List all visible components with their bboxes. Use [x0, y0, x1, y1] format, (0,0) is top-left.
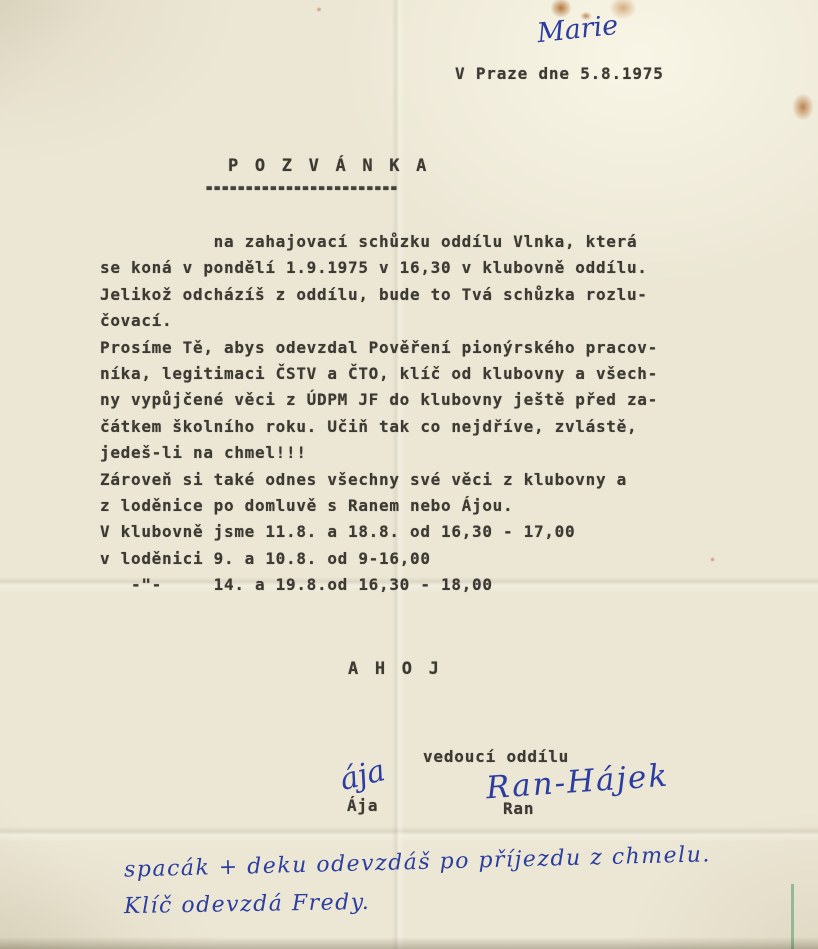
- page-bottom-shadow: [0, 937, 818, 949]
- closing-greeting: A H O J: [348, 659, 442, 679]
- body-line: -"- 14. a 19.8.od 16,30 - 18,00: [100, 572, 658, 598]
- body-line: čovací.: [100, 308, 658, 334]
- body-line: Jelikož odcházíš z oddílu, bude to Tvá s…: [100, 282, 658, 308]
- handwritten-recipient-name: Marie: [536, 10, 620, 49]
- body-line: jedeš-li na chmel!!!: [100, 440, 658, 466]
- body-line: Zároveň si také odnes všechny své věci z…: [100, 467, 658, 493]
- body-line: níka, legitimaci ČSTV a ČTO, klíč od klu…: [100, 361, 658, 387]
- letter-body: na zahajovací schůzku oddílu Vlnka, kter…: [100, 229, 658, 599]
- body-line: Prosíme Tě, abys odevzdal Pověření pioný…: [100, 335, 658, 361]
- body-line: se koná v pondělí 1.9.1975 v 16,30 v klu…: [100, 255, 658, 281]
- letter-page: Marie V Praze dne 5.8.1975 P O Z V Á N K…: [0, 0, 818, 949]
- signature-ran-typed: Ran: [503, 799, 534, 818]
- body-line: V klubovně jsme 11.8. a 18.8. od 16,30 -…: [100, 519, 658, 545]
- scan-edge-artifact: [791, 884, 794, 949]
- rust-stain: [788, 88, 818, 126]
- bottom-note-line: spacák + deku odevzdáš po příjezdu z chm…: [124, 842, 711, 882]
- body-line: z loděnice po domluvě s Ranem nebo Ájou.: [100, 493, 658, 519]
- signature-aja-typed: Ája: [347, 796, 378, 815]
- body-line: v loděnici 9. a 10.8. od 9-16,00: [100, 546, 658, 572]
- body-line: na zahajovací schůzku oddílu Vlnka, kter…: [100, 229, 658, 255]
- dateline: V Praze dne 5.8.1975: [455, 64, 664, 83]
- bottom-note-line: Klíč odevzdá Fredy.: [124, 890, 371, 919]
- rust-stain: [315, 6, 323, 13]
- signature-aja-handwritten: ája: [336, 753, 388, 798]
- body-line: ny vypůjčené věci z ÚDPM JF do klubovny …: [100, 387, 658, 413]
- signature-role: vedoucí oddílu: [423, 747, 569, 766]
- title-underline: ------------------------: [204, 173, 397, 203]
- ink-spot: [709, 556, 716, 563]
- body-line: čátkem školního roku. Učiň tak co nejdří…: [100, 414, 658, 440]
